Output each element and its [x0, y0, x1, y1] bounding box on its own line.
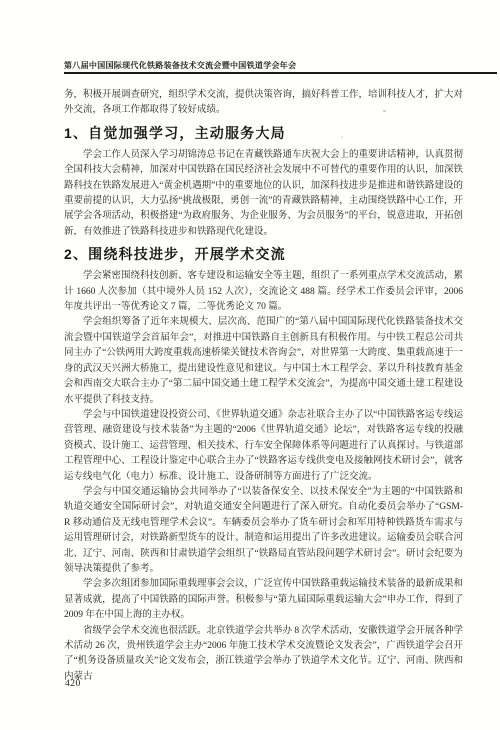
scan-speck	[383, 110, 386, 112]
document-page: 第八届中国国际现代化铁路装备技术交流会暨中国铁道学会年会 务，积极开展调查研究，…	[0, 0, 500, 730]
section2-paragraph-6: 省级学会学术交流也很活跃。北京铁道学会共举办 8 次学术活动，安徽铁道学会开展各…	[64, 624, 463, 686]
section-heading-2: 2、围绕科技进步，开展学术交流	[64, 246, 463, 262]
section2-paragraph-2: 学会组织筹备了近年来规模大、层次高、范围广的“第八届中国国际现代化铁路装备技术交…	[64, 315, 463, 407]
section2-paragraph-1: 学会紧密围绕科技创新、客专建设和运输安全等主题，组织了一系列重点学术交流活动，累…	[64, 269, 463, 315]
document-body: 务，积极开展调查研究，组织学术交流，提供决策咨询，搞好科普工作，培训科技人才，扩…	[64, 88, 463, 685]
section-heading-1: 1、自觉加强学习，主动服务大局	[64, 125, 463, 141]
header-rule	[64, 72, 497, 74]
page-number: 420	[65, 679, 81, 689]
section2-paragraph-3: 学会与中国铁道建设投资公司、《世界轨道交通》杂志社联合主办了以“中国铁路客运专线…	[64, 408, 463, 485]
section2-paragraph-5: 学会多次组团参加国际重载理事会会议，广泛宣传中国铁路重载运输技术装备的最新成果和…	[64, 577, 463, 623]
paragraph-continuation: 务，积极开展调查研究，组织学术交流，提供决策咨询，搞好科普工作，培训科技人才，扩…	[64, 88, 463, 119]
section1-paragraph: 学会工作人员深入学习胡锦涛总书记在青藏铁路通车庆祝大会上的重要讲话精神，认真贯彻…	[64, 148, 463, 240]
section2-paragraph-4: 学会与中国交通运输协会共同举办了“以装备保安全、以技术保安全”为主题的“中国铁路…	[64, 485, 463, 577]
scan-speck	[341, 136, 343, 138]
running-header-title: 第八届中国国际现代化铁路装备技术交流会暨中国铁道学会年会	[64, 60, 464, 71]
